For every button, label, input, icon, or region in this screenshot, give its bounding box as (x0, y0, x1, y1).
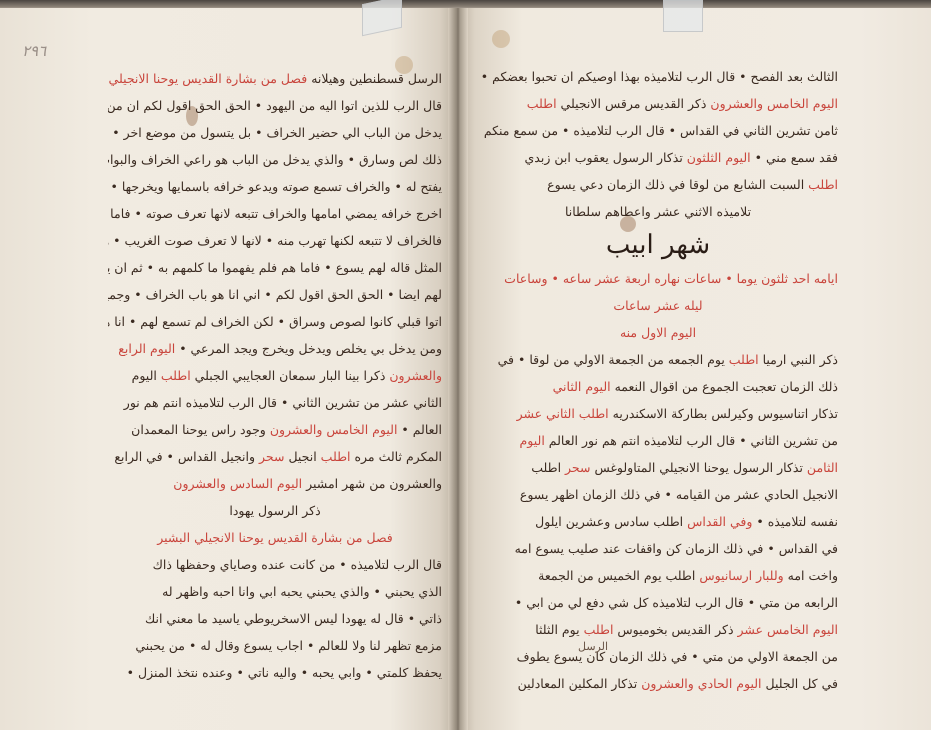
body-text: قال الرب للذين اتوا اليه من اليهود • الح… (108, 98, 442, 113)
text-line: نفسه لتلاميذه • وفي القداس اطلب سادس وعش… (478, 508, 838, 535)
book-gutter (448, 8, 468, 730)
left-page-text: الرسل قسطنطين وهيلانه فصل من بشارة القدي… (108, 65, 442, 686)
text-line: العالم • اليوم الخامس والعشرون وجود راس … (108, 416, 442, 443)
body-text: نفسه لتلاميذه • (752, 514, 838, 529)
text-line: ذلك الزمان تعجبت الجموع من اقوال النعمه … (478, 373, 838, 400)
body-text: فالخراف لا تتبعه لكنها تهرب منه • لانها … (108, 233, 442, 248)
body-text: اتوا قبلي كانوا لصوص وسراق • لكن الخراف … (108, 314, 442, 329)
rubric-text: سحر (561, 460, 590, 475)
rubric-text: فصل من بشارة القديس يوحنا الانجيلي البشي… (108, 71, 307, 86)
body-text: السبت الشابع من لوقا في ذلك الزمان دعي ي… (547, 177, 804, 192)
text-line: الثاني عشر من تشرين الثاني • قال الرب لت… (108, 389, 442, 416)
rubric-text: اطلب (580, 622, 614, 637)
body-text: العالم • (397, 422, 442, 437)
body-text: ذكر الرسول يهودا (229, 503, 320, 518)
rubric-text: اليوم الاول منه (620, 325, 696, 340)
text-line: الانجيل الحادي عشر من القيامه • في ذلك ا… (478, 481, 838, 508)
body-text: واخت امه (784, 568, 838, 583)
rubric-text: اطلب (317, 449, 351, 464)
rubric-text: فصل من بشارة القديس يوحنا الانجيلي البشي… (157, 530, 393, 545)
rubric-text: اليوم الثلثون (683, 150, 751, 165)
text-line: الرسل قسطنطين وهيلانه فصل من بشارة القدي… (108, 65, 442, 92)
body-text: المكرم ثالث مره (351, 449, 442, 464)
page-tab-marker (663, 0, 703, 32)
text-line: ايامه احد ثلثون يوما • ساعات نهاره اربعة… (478, 265, 838, 292)
body-text: الرسل قسطنطين وهيلانه (307, 71, 442, 86)
body-text: في كل الجليل (762, 676, 838, 691)
text-line: المثل قاله لهم يسوع • فاما هم فلم يفهموا… (108, 254, 442, 281)
month-rubric: ايامه احد ثلثون يوما • ساعات نهاره اربعة… (478, 265, 838, 346)
body-text: يحفظ كلمتي • وابي يحبه • واليه ناتي • وع… (127, 665, 442, 680)
text-line: يحفظ كلمتي • وابي يحبه • واليه ناتي • وع… (108, 659, 442, 686)
body-text: لهم ايضا • الحق الحق اقول لكم • اني انا … (108, 287, 442, 302)
rubric-text: اليوم الرابع (118, 341, 175, 356)
rubric-text: ايامه احد ثلثون يوما • ساعات نهاره اربعة… (504, 271, 838, 286)
text-line: فالخراف لا تتبعه لكنها تهرب منه • لانها … (108, 227, 442, 254)
body-text: الثالث بعد الفصح • قال الرب لتلاميذه بهذ… (481, 69, 838, 84)
text-line: اليوم الخامس عشر ذكر القديس بخوميوس اطلب… (478, 616, 838, 643)
right-page-text: الثالث بعد الفصح • قال الرب لتلاميذه بهذ… (478, 63, 838, 697)
text-line: ذاتي • قال له يهودا ليس الاسخريوطي ياسيد… (108, 605, 442, 632)
text-line: تلاميذه الاثني عشر واعطاهم سلطانا (478, 198, 838, 225)
rubric-text: اطلب (725, 352, 759, 367)
rubric-text: ليله عشر ساعات (613, 298, 702, 313)
rubric-text: اطلب (157, 368, 191, 383)
body-text: والعشرون من شهر امشير (302, 476, 442, 491)
text-line: المكرم ثالث مره اطلب انجيل سحر وانجيل ال… (108, 443, 442, 470)
text-line: قال الرب للذين اتوا اليه من اليهود • الح… (108, 92, 442, 119)
rubric-text: وللبار ارسانيوس (695, 568, 783, 583)
body-text: مزمع تظهر لنا ولا للعالم • اجاب يسوع وقا… (135, 638, 442, 653)
body-text: الرابعه من متي • قال الرب لتلاميذه كل شي… (515, 595, 838, 610)
body-text: من الجمعة الاولي من متي • في ذلك الزمان … (517, 649, 838, 664)
text-line: من الجمعة الاولي من متي • في ذلك الزمان … (478, 643, 838, 670)
text-line: الثالث بعد الفصح • قال الرب لتلاميذه بهذ… (478, 63, 838, 90)
text-line: ومن يدخل بي يخلص ويدخل ويخرج ويجد المرعي… (108, 335, 442, 362)
text-line: ذلك لص وسارق • والذي يدخل من الباب هو را… (108, 146, 442, 173)
body-text: اخرج خرافه يمضي امامها والخراف تتبعه لان… (108, 206, 442, 221)
text-line: في القداس • في ذلك الزمان كن واقفات عند … (478, 535, 838, 562)
body-text: الثاني عشر من تشرين الثاني • قال الرب لت… (124, 395, 442, 410)
text-line: يدخل من الباب الي حضير الخراف • بل يتسول… (108, 119, 442, 146)
text-line: تذكار اتناسيوس وكيرلس بطاركة الاسكندريه … (478, 400, 838, 427)
text-line: الذي يحبني • والذي يحبني يحبه ابي وانا ا… (108, 578, 442, 605)
body-text: يوم الجمعه من الجمعة الاولي من لوقا • في (498, 352, 725, 367)
text-line: اتوا قبلي كانوا لصوص وسراق • لكن الخراف … (108, 308, 442, 335)
text-line: في كل الجليل اليوم الحادي والعشرون تذكار… (478, 670, 838, 697)
body-text: وانجيل القداس • في الرابع (114, 449, 255, 464)
text-line: لهم ايضا • الحق الحق اقول لكم • اني انا … (108, 281, 442, 308)
body-text: يدخل من الباب الي حضير الخراف • بل يتسول… (108, 125, 442, 140)
month-heading: شهر ابيب (478, 225, 838, 265)
text-line: فقد سمع مني • اليوم الثلثون تذكار الرسول… (478, 144, 838, 171)
body-text: ذاتي • قال له يهودا ليس الاسخريوطي ياسيد… (145, 611, 442, 626)
body-text: الذي يحبني • والذي يحبني يحبه ابي وانا ا… (162, 584, 442, 599)
text-line: ليله عشر ساعات (478, 292, 838, 319)
body-text: يوم الثلثا (535, 622, 579, 637)
paper-stain (492, 30, 510, 48)
folio-number: ٢٩٦ (22, 42, 46, 60)
rubric-text: اطلب الثاني عشر (517, 406, 609, 421)
text-line: مزمع تظهر لنا ولا للعالم • اجاب يسوع وقا… (108, 632, 442, 659)
right-page-bottom-text: ذكر النبي ارميا اطلب يوم الجمعه من الجمع… (478, 346, 838, 697)
body-text: ذلك الزمان تعجبت الجموع من اقوال النعمه (611, 379, 838, 394)
body-text: اطلب (531, 460, 561, 475)
rubric-text: اطلب (804, 177, 838, 192)
body-text: تذكار الرسول يوحنا الانجيلي المتاولوغس (590, 460, 802, 475)
catchword: الرسل (578, 640, 608, 653)
body-text: فقد سمع مني • (751, 150, 838, 165)
rubric-text: اليوم الخامس والعشرون (266, 422, 398, 437)
body-text: المثل قاله لهم يسوع • فاما هم فلم يفهموا… (108, 260, 442, 275)
rubric-text: والعشرون (385, 368, 442, 383)
rubric-text: اليوم الخامس والعشرون (706, 96, 838, 111)
body-text: تذكار الرسول يعقوب ابن زبدي (525, 150, 683, 165)
text-line: قال الرب لتلاميذه • من كانت عنده وصاياي … (108, 551, 442, 578)
rubric-text: اليوم (520, 433, 545, 448)
body-text: ذكر القديس مرقس الانجيلي (557, 96, 707, 111)
text-line: ذكر الرسول يهودا (108, 497, 442, 524)
rubric-text: سحر (255, 449, 284, 464)
text-line: فصل من بشارة القديس يوحنا الانجيلي البشي… (108, 524, 442, 551)
body-text: وجود راس يوحنا المعمدان (131, 422, 266, 437)
body-text: اليوم (132, 368, 157, 383)
body-text: قال الرب لتلاميذه • من كانت عنده وصاياي … (153, 557, 442, 572)
body-text: تلاميذه الاثني عشر واعطاهم سلطانا (565, 204, 751, 219)
body-text: من تشرين الثاني • قال الرب لتلاميذه انتم… (545, 433, 838, 448)
text-line: من تشرين الثاني • قال الرب لتلاميذه انتم… (478, 427, 838, 454)
rubric-text: اطلب (527, 96, 557, 111)
right-page-top-text: الثالث بعد الفصح • قال الرب لتلاميذه بهذ… (478, 63, 838, 225)
text-line: يفتح له • والخراف تسمع صوته ويدعو خرافه … (108, 173, 442, 200)
rubric-text: اليوم السادس والعشرون (173, 476, 302, 491)
body-text: يفتح له • والخراف تسمع صوته ويدعو خرافه … (108, 179, 442, 194)
rubric-text: اليوم الخامس عشر (734, 622, 838, 637)
rubric-text: وفي القداس (683, 514, 752, 529)
text-line: الثامن تذكار الرسول يوحنا الانجيلي المتا… (478, 454, 838, 481)
body-text: ومن يدخل بي يخلص ويدخل ويخرج ويجد المرعي… (175, 341, 442, 356)
text-line: ذكر النبي ارميا اطلب يوم الجمعه من الجمع… (478, 346, 838, 373)
text-line: اخرج خرافه يمضي امامها والخراف تتبعه لان… (108, 200, 442, 227)
body-text: ذكرا بينا البار سمعان العجايبي الجبلي (191, 368, 386, 383)
body-text: في القداس • في ذلك الزمان كن واقفات عند … (515, 541, 838, 556)
rubric-text: اليوم الحادي والعشرون (637, 676, 761, 691)
text-line: والعشرون من شهر امشير اليوم السادس والعش… (108, 470, 442, 497)
body-text: الانجيل الحادي عشر من القيامه • في ذلك ا… (520, 487, 838, 502)
body-text: ثامن تشرين الثاني في القداس • قال الرب ل… (484, 123, 838, 138)
rubric-text: اليوم الثاني (553, 379, 611, 394)
text-line: الرابعه من متي • قال الرب لتلاميذه كل شي… (478, 589, 838, 616)
text-line: اليوم الاول منه (478, 319, 838, 346)
body-text: ذكر القديس بخوميوس (613, 622, 733, 637)
text-line: واخت امه وللبار ارسانيوس اطلب يوم الخميس… (478, 562, 838, 589)
body-text: اطلب يوم الخميس من الجمعة (538, 568, 695, 583)
body-text: تذكار المكلين المعادلين (518, 676, 638, 691)
text-line: ثامن تشرين الثاني في القداس • قال الرب ل… (478, 117, 838, 144)
text-line: اطلب السبت الشابع من لوقا في ذلك الزمان … (478, 171, 838, 198)
body-text: ذلك لص وسارق • والذي يدخل من الباب هو را… (108, 152, 442, 167)
text-line: اليوم الخامس والعشرون ذكر القديس مرقس ال… (478, 90, 838, 117)
body-text: انجيل (284, 449, 316, 464)
rubric-text: الثامن (803, 460, 838, 475)
body-text: ذكر النبي ارميا (759, 352, 838, 367)
body-text: تذكار اتناسيوس وكيرلس بطاركة الاسكندريه (609, 406, 838, 421)
manuscript-spread: ٢٩٦ الرسل قسطنطين وهيلانه فصل من بشارة ا… (0, 0, 931, 730)
body-text: اطلب سادس وعشرين ايلول (535, 514, 683, 529)
text-line: والعشرون ذكرا بينا البار سمعان العجايبي … (108, 362, 442, 389)
